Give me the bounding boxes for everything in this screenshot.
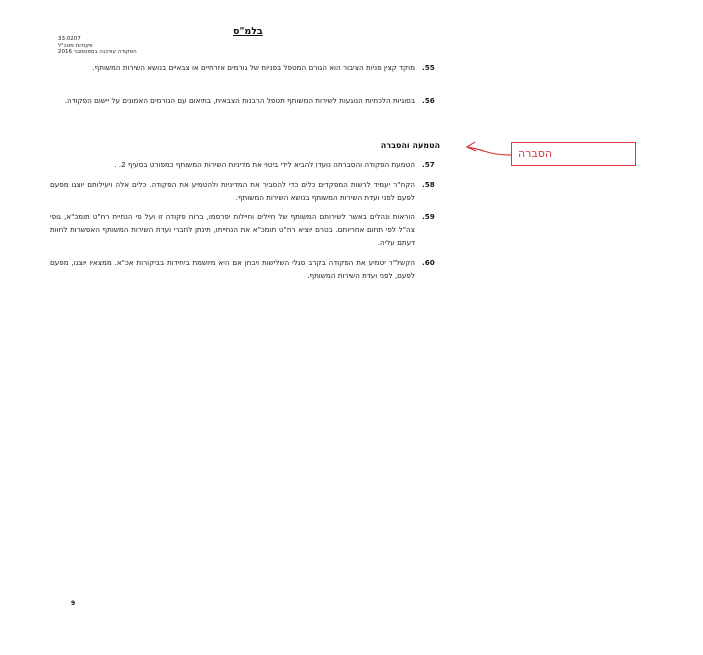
paragraph-text: בסוגיות הלכתיות הנוגעות לשירות המשותף תט… (50, 94, 415, 107)
paragraph-57: .57 הטמעת הפקודה והסברתה נועדו להביא ליד… (50, 158, 440, 171)
annotation-label: הסברה (518, 143, 552, 165)
paragraph-text: הטמעת הפקודה והסברתה נועדו להביא לידי בי… (50, 158, 415, 171)
classification-label: בלמ"ס (233, 26, 263, 37)
paragraph-number: .56 (422, 94, 438, 107)
update-note: הפקודה עודכנה בספטמבר 2016 (58, 49, 137, 56)
paragraph-text: הקח"ר יעמיד לרשות המפקדים כלים כדי להסבי… (50, 178, 415, 204)
paragraph-55: .55 מוקד קצין פניות הציבור הוא הגורם המט… (50, 61, 440, 74)
paragraph-number: .55 (422, 61, 438, 74)
paragraph-60: .60 הקשל"ר יטמיע את הפקודה בקרב סגלי השל… (50, 256, 440, 282)
paragraph-56: .56 בסוגיות הלכתיות הנוגעות לשירות המשות… (50, 94, 440, 107)
annotation-arrow-icon (462, 140, 514, 162)
section-heading: הטמעה והסברה (381, 141, 440, 150)
document-meta: 33.0207 פקודות מטכ"ל הפקודה עודכנה בספטמ… (58, 36, 137, 56)
paragraph-59: .59 הוראות ונהלים באשר לשירותם המשותף של… (50, 210, 440, 249)
annotation-callout[interactable]: הסברה (511, 142, 636, 166)
document-page: בלמ"ס 33.0207 פקודות מטכ"ל הפקודה עודכנה… (0, 0, 703, 655)
paragraph-number: .60 (422, 256, 438, 269)
paragraph-text: הקשל"ר יטמיע את הפקודה בקרב סגלי השלישות… (50, 256, 415, 282)
paragraph-text: מוקד קצין פניות הציבור הוא הגורם המטפל ב… (50, 61, 415, 74)
paragraph-text: הוראות ונהלים באשר לשירותם המשותף של חיי… (50, 210, 415, 249)
paragraph-58: .58 הקח"ר יעמיד לרשות המפקדים כלים כדי ל… (50, 178, 440, 204)
paragraph-number: .58 (422, 178, 438, 191)
paragraph-number: .57 (422, 158, 438, 171)
page-number: 9 (71, 600, 75, 607)
paragraph-number: .59 (422, 210, 438, 223)
